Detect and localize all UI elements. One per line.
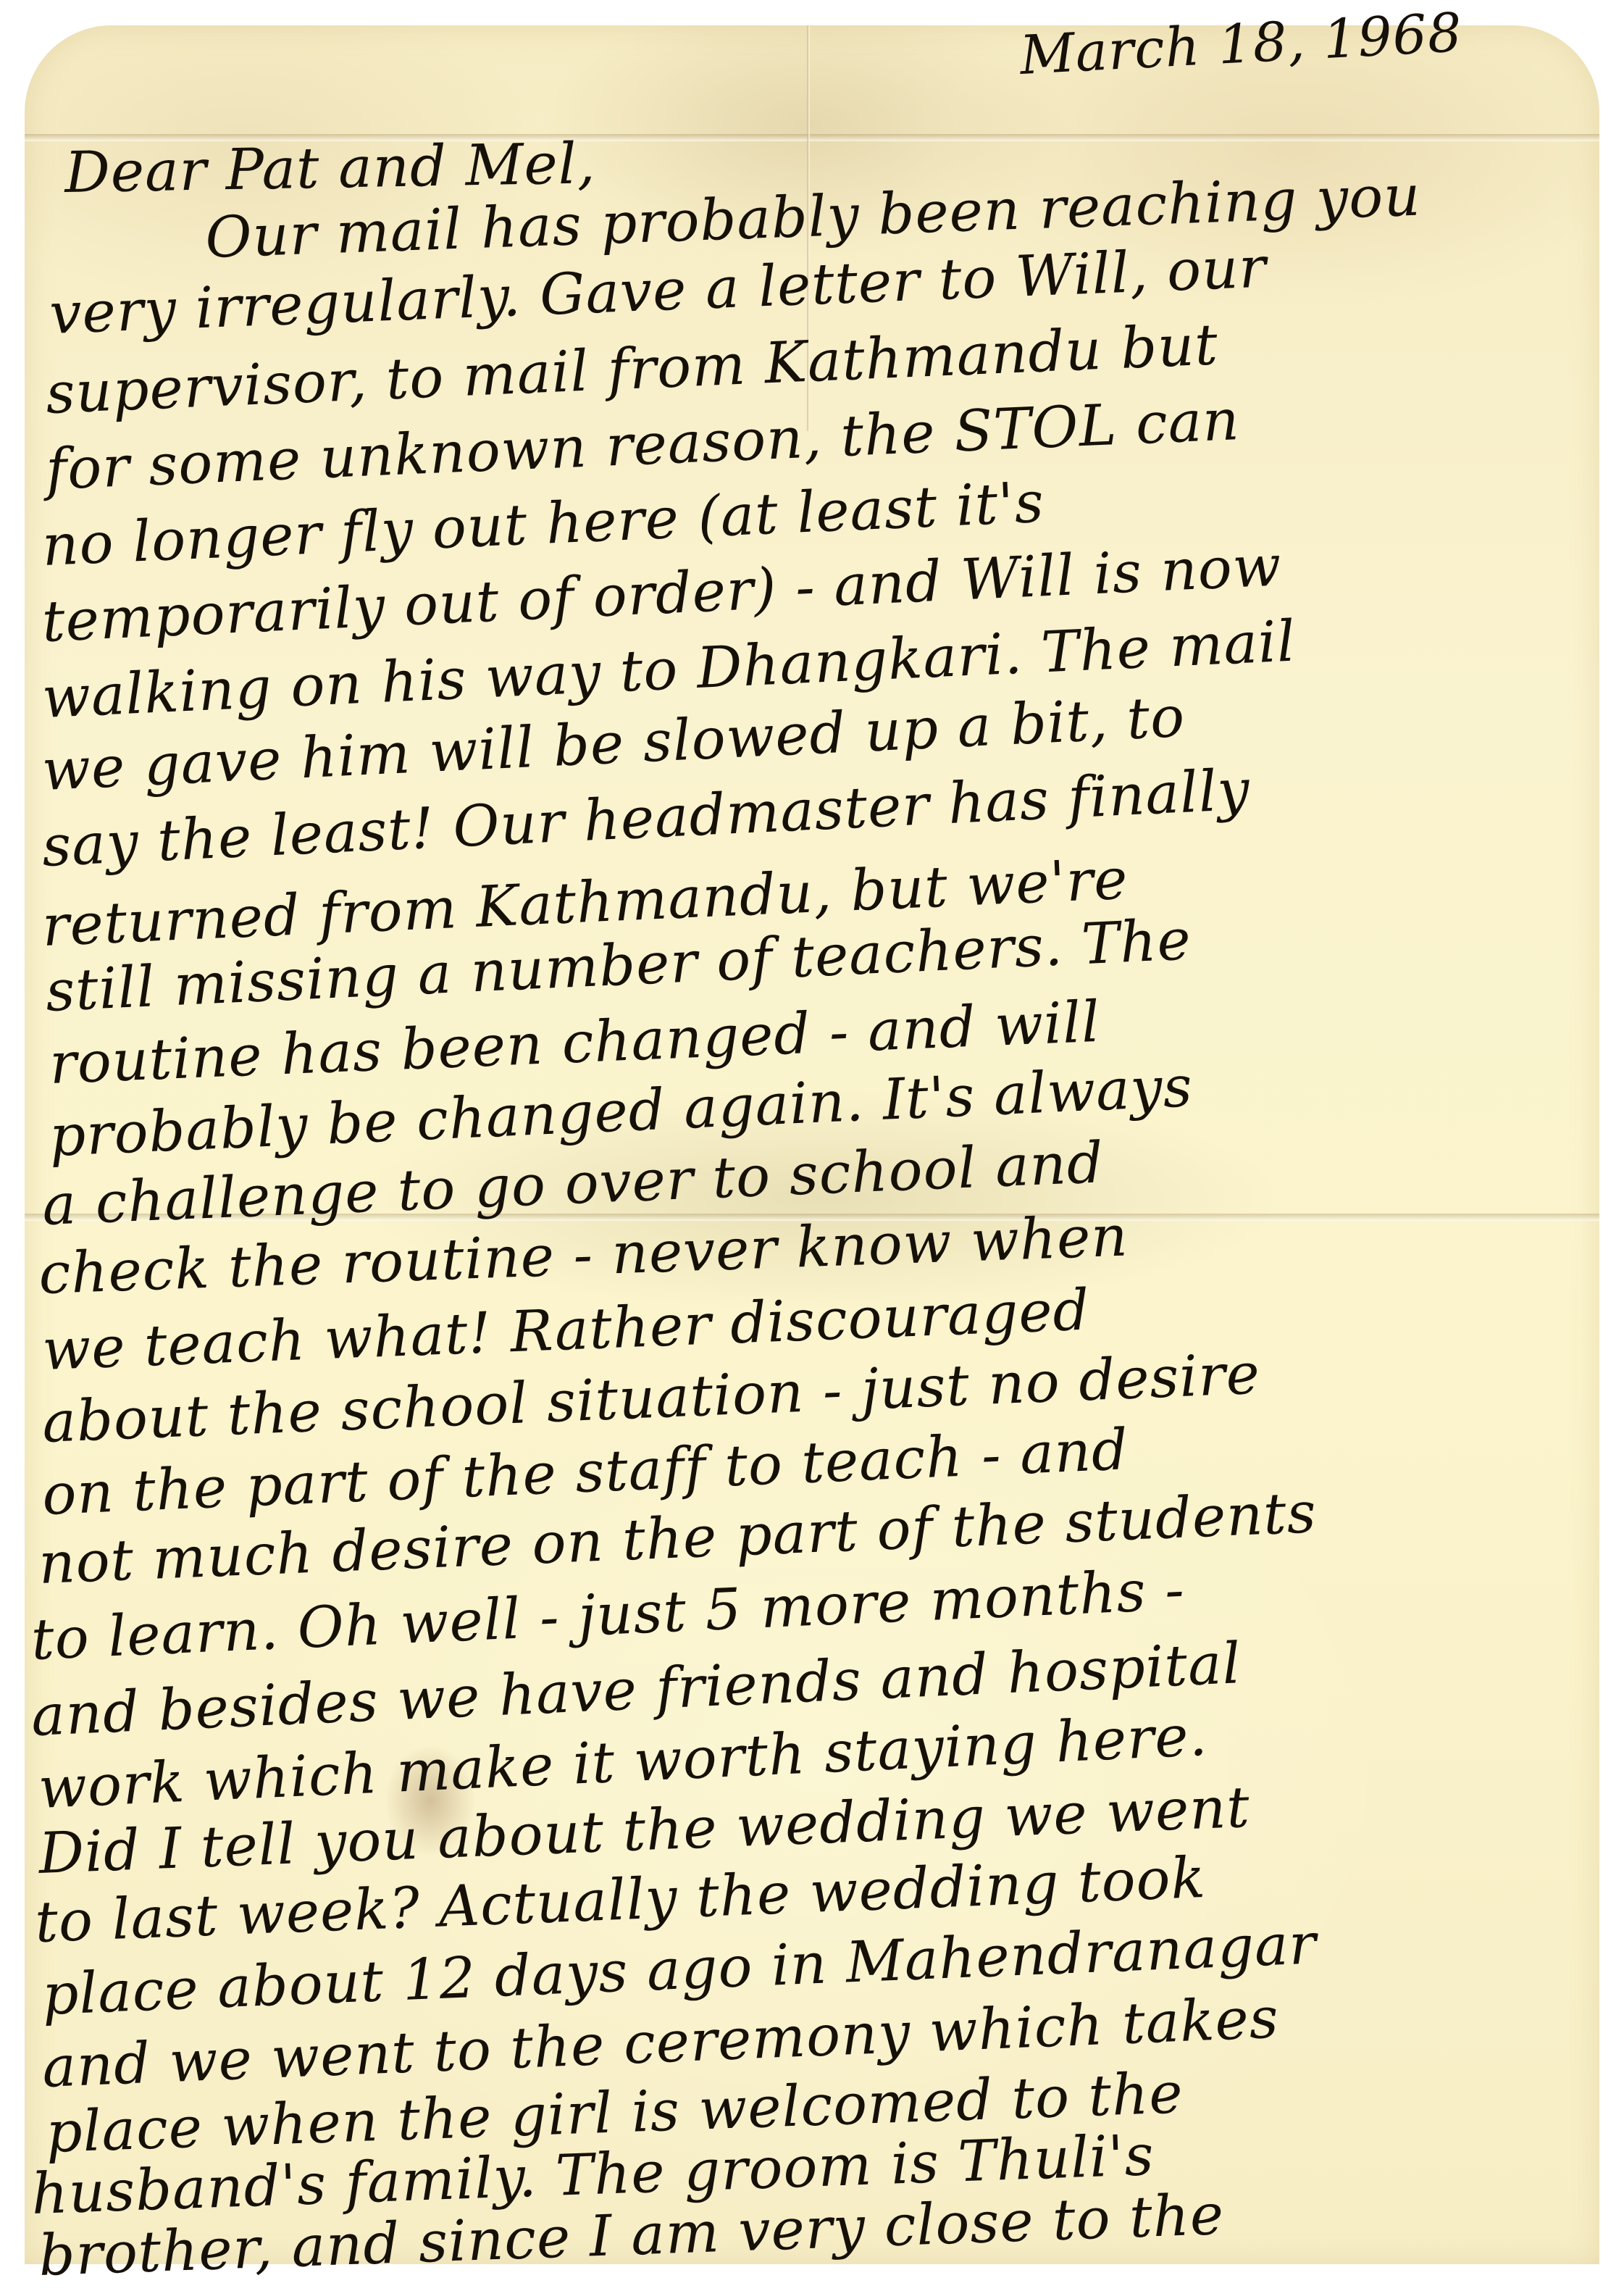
letter-salutation: Dear Pat and Mel, bbox=[64, 135, 596, 201]
